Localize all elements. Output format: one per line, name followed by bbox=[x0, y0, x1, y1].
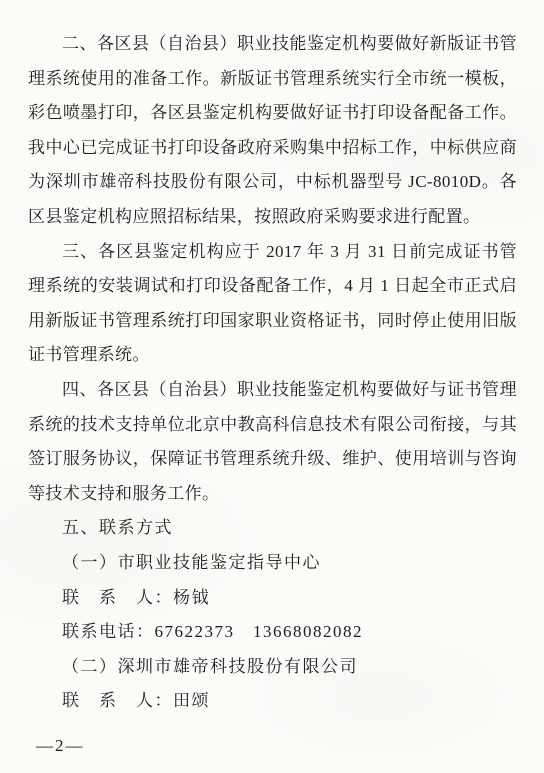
document-body: 二、各区县（自治县）职业技能鉴定机构要做好新版证书管理系统使用的准备工作。新版证… bbox=[28, 27, 517, 719]
section-5-heading: 五、联系方式 bbox=[28, 511, 517, 546]
contact-1-person: 联 系 人：杨钺 bbox=[28, 581, 517, 616]
page-number: —2— bbox=[36, 736, 85, 756]
contact-1-org: （一）市职业技能鉴定指导中心 bbox=[28, 546, 517, 581]
scanned-document-page: 二、各区县（自治县）职业技能鉴定机构要做好新版证书管理系统使用的准备工作。新版证… bbox=[0, 0, 544, 773]
paragraph-section-4: 四、各区县（自治县）职业技能鉴定机构要做好与证书管理系统的技术支持单位北京中教高… bbox=[28, 373, 517, 511]
contact-2-org: （二）深圳市雄帝科技股份有限公司 bbox=[28, 650, 517, 685]
contact-2-person: 联 系 人：田颂 bbox=[28, 684, 517, 719]
paragraph-section-3: 三、各区县鉴定机构应于 2017 年 3 月 31 日前完成证书管理系统的安装调… bbox=[28, 235, 517, 373]
paragraph-section-2: 二、各区县（自治县）职业技能鉴定机构要做好新版证书管理系统使用的准备工作。新版证… bbox=[28, 27, 517, 235]
contact-1-phone: 联系电话：67622373 13668082082 bbox=[28, 615, 517, 650]
